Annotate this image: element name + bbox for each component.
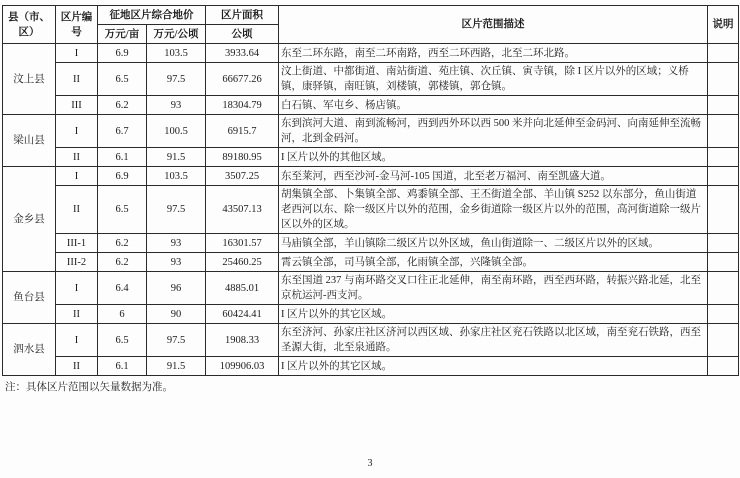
remark-cell <box>708 115 739 148</box>
price-per-hectare-cell: 97.5 <box>147 63 206 96</box>
table-row: II6.597.566677.26汶上街道、中都街道、南站街道、苑庄镇、次丘镇、… <box>3 63 739 96</box>
zone-description-cell: 东至莱河，西至沙河-金马河-105 国道，北至老万福河、南至凯盛大道。 <box>279 167 708 186</box>
table-row: III6.29318304.79白石镇、军屯乡、杨店镇。 <box>3 96 739 115</box>
zone-description-cell: 马庙镇全部，羊山镇除二级区片以外区域，鱼山街道除一、二级区片以外的区域。 <box>279 234 708 253</box>
zone-code-cell: I <box>56 272 98 305</box>
price-per-mu-cell: 6.2 <box>98 234 147 253</box>
price-per-hectare-cell: 93 <box>147 234 206 253</box>
table-row: III-16.29316301.57马庙镇全部，羊山镇除二级区片以外区域，鱼山街… <box>3 234 739 253</box>
zone-description-cell: 胡集镇全部、卜集镇全部、鸡黍镇全部、王丕街道全部、羊山镇 S252 以东部分，鱼… <box>279 186 708 234</box>
zone-area-cell: 3933.64 <box>206 44 279 63</box>
page-number: 3 <box>0 458 740 469</box>
price-per-hectare-cell: 97.5 <box>147 324 206 357</box>
zone-code-cell: III-2 <box>56 253 98 272</box>
remark-cell <box>708 63 739 96</box>
remark-cell <box>708 272 739 305</box>
zone-area-cell: 3507.25 <box>206 167 279 186</box>
table-header: 县（市、区） 区片编号 征地区片综合地价 区片面积 区片范围描述 说明 万元/亩… <box>3 6 739 44</box>
zone-code-cell: II <box>56 63 98 96</box>
remark-cell <box>708 96 739 115</box>
footnote: 注：具体区片范围以矢量数据为准。 <box>5 381 740 395</box>
zone-area-cell: 25460.25 <box>206 253 279 272</box>
header-description: 区片范围描述 <box>279 6 708 44</box>
remark-cell <box>708 324 739 357</box>
zone-code-cell: II <box>56 305 98 324</box>
table-row: III-26.29325460.25霄云镇全部，司马镇全部，化雨镇全部，兴隆镇全… <box>3 253 739 272</box>
zone-code-cell: I <box>56 44 98 63</box>
price-per-mu-cell: 6.9 <box>98 44 147 63</box>
zone-code-cell: I <box>56 167 98 186</box>
remark-cell <box>708 305 739 324</box>
table-row: 鱼台县I6.4964885.01东至国道 237 与南环路交叉口往正北延伸，南至… <box>3 272 739 305</box>
county-name-cell: 金乡县 <box>3 167 56 272</box>
table-row: II6.597.543507.13胡集镇全部、卜集镇全部、鸡黍镇全部、王丕街道全… <box>3 186 739 234</box>
remark-cell <box>708 357 739 376</box>
header-price-group: 征地区片综合地价 <box>98 6 206 25</box>
zone-area-cell: 16301.57 <box>206 234 279 253</box>
county-name-cell: 鱼台县 <box>3 272 56 324</box>
zone-area-cell: 1908.33 <box>206 324 279 357</box>
zone-area-cell: 109906.03 <box>206 357 279 376</box>
zone-area-cell: 6915.7 <box>206 115 279 148</box>
price-per-hectare-cell: 91.5 <box>147 357 206 376</box>
header-remark: 说明 <box>708 6 739 44</box>
zone-code-cell: II <box>56 357 98 376</box>
price-per-mu-cell: 6.5 <box>98 186 147 234</box>
zone-area-cell: 89180.95 <box>206 148 279 167</box>
zone-area-cell: 43507.13 <box>206 186 279 234</box>
price-per-hectare-cell: 93 <box>147 253 206 272</box>
price-per-mu-cell: 6.4 <box>98 272 147 305</box>
header-county: 县（市、区） <box>3 6 56 44</box>
zone-code-cell: II <box>56 186 98 234</box>
zone-description-cell: I 区片以外的其他区域。 <box>279 148 708 167</box>
zone-description-cell: 汶上街道、中都街道、南站街道、苑庄镇、次丘镇、寅寺镇，除 I 区片以外的区域；义… <box>279 63 708 96</box>
price-per-mu-cell: 6.9 <box>98 167 147 186</box>
price-per-mu-cell: 6.1 <box>98 357 147 376</box>
remark-cell <box>708 148 739 167</box>
zone-code-cell: I <box>56 324 98 357</box>
county-name-cell: 泗水县 <box>3 324 56 376</box>
price-per-mu-cell: 6.7 <box>98 115 147 148</box>
zone-description-cell: 东至国道 237 与南环路交叉口往正北延伸，南至南环路，西至西环路，转振兴路北延… <box>279 272 708 305</box>
price-per-mu-cell: 6.2 <box>98 253 147 272</box>
zone-description-cell: 东到滨河大道、南到流畅河，西到西外环以西 500 米并向北延伸至金码河、向南延伸… <box>279 115 708 148</box>
zone-description-cell: 白石镇、军屯乡、杨店镇。 <box>279 96 708 115</box>
zone-description-cell: I 区片以外的其它区域。 <box>279 357 708 376</box>
zone-area-cell: 18304.79 <box>206 96 279 115</box>
price-per-hectare-cell: 100.5 <box>147 115 206 148</box>
remark-cell <box>708 234 739 253</box>
header-zone-code: 区片编号 <box>56 6 98 44</box>
document-page: 县（市、区） 区片编号 征地区片综合地价 区片面积 区片范围描述 说明 万元/亩… <box>0 0 740 478</box>
header-area-group: 区片面积 <box>206 6 279 25</box>
zone-code-cell: III-1 <box>56 234 98 253</box>
price-per-hectare-cell: 96 <box>147 272 206 305</box>
table-row: 金乡县I6.9103.53507.25东至莱河，西至沙河-金马河-105 国道，… <box>3 167 739 186</box>
land-price-table: 县（市、区） 区片编号 征地区片综合地价 区片面积 区片范围描述 说明 万元/亩… <box>2 5 739 376</box>
remark-cell <box>708 253 739 272</box>
price-per-hectare-cell: 93 <box>147 96 206 115</box>
header-price-per-hectare: 万元/公顷 <box>147 25 206 44</box>
price-per-mu-cell: 6.2 <box>98 96 147 115</box>
zone-description-cell: 霄云镇全部，司马镇全部，化雨镇全部，兴隆镇全部。 <box>279 253 708 272</box>
zone-area-cell: 4885.01 <box>206 272 279 305</box>
table-row: II6.191.589180.95I 区片以外的其他区域。 <box>3 148 739 167</box>
remark-cell <box>708 186 739 234</box>
zone-description-cell: 东至济河、孙家庄社区济河以西区域、孙家庄社区兖石铁路以北区域，南至兖石铁路，西至… <box>279 324 708 357</box>
table-body: 汶上县I6.9103.53933.64东至二环东路，南至二环南路，西至二环西路，… <box>3 44 739 376</box>
price-per-hectare-cell: 97.5 <box>147 186 206 234</box>
price-per-mu-cell: 6.5 <box>98 63 147 96</box>
zone-code-cell: I <box>56 115 98 148</box>
county-name-cell: 梁山县 <box>3 115 56 167</box>
price-per-mu-cell: 6 <box>98 305 147 324</box>
zone-area-cell: 60424.41 <box>206 305 279 324</box>
remark-cell <box>708 167 739 186</box>
table-row: 泗水县I6.597.51908.33东至济河、孙家庄社区济河以西区域、孙家庄社区… <box>3 324 739 357</box>
price-per-mu-cell: 6.1 <box>98 148 147 167</box>
zone-code-cell: III <box>56 96 98 115</box>
header-price-per-mu: 万元/亩 <box>98 25 147 44</box>
table-row: II69060424.41I 区片以外的其它区域。 <box>3 305 739 324</box>
header-area-unit: 公顷 <box>206 25 279 44</box>
price-per-hectare-cell: 103.5 <box>147 44 206 63</box>
price-per-hectare-cell: 91.5 <box>147 148 206 167</box>
county-name-cell: 汶上县 <box>3 44 56 115</box>
remark-cell <box>708 44 739 63</box>
table-row: 梁山县I6.7100.56915.7东到滨河大道、南到流畅河，西到西外环以西 5… <box>3 115 739 148</box>
price-per-hectare-cell: 103.5 <box>147 167 206 186</box>
zone-code-cell: II <box>56 148 98 167</box>
price-per-hectare-cell: 90 <box>147 305 206 324</box>
price-per-mu-cell: 6.5 <box>98 324 147 357</box>
zone-description-cell: I 区片以外的其它区域。 <box>279 305 708 324</box>
zone-area-cell: 66677.26 <box>206 63 279 96</box>
zone-description-cell: 东至二环东路，南至二环南路，西至二环西路，北至二环北路。 <box>279 44 708 63</box>
table-row: 汶上县I6.9103.53933.64东至二环东路，南至二环南路，西至二环西路，… <box>3 44 739 63</box>
table-row: II6.191.5109906.03I 区片以外的其它区域。 <box>3 357 739 376</box>
